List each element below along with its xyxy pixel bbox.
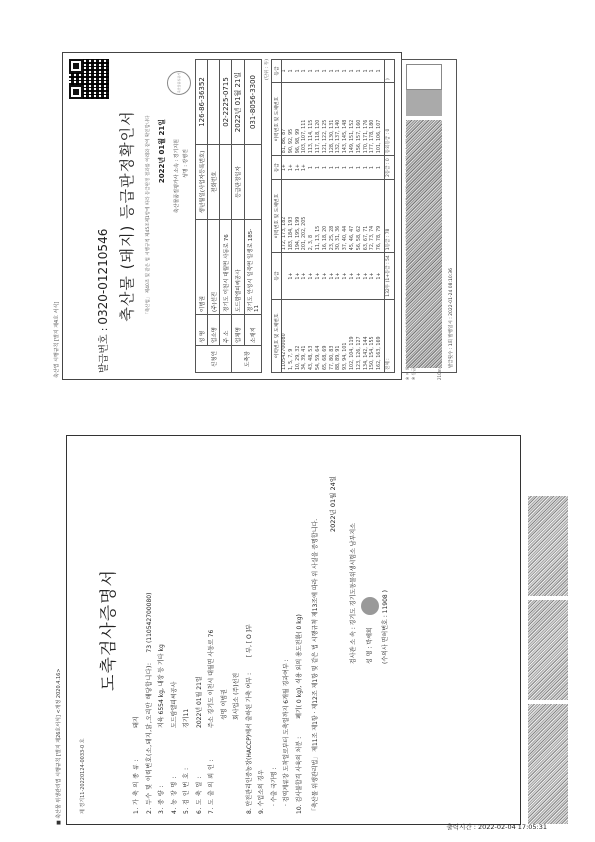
trace-number-cell: 45, 46, 47 [350, 180, 357, 253]
qr-code-icon [69, 59, 109, 99]
quarantine-check: · 검역계류장 도착일로부터 도축일까지 6개월 경과여부 : [281, 446, 294, 814]
info-label: 소재지 [245, 315, 262, 346]
table-row: 150, 154, 1551+72, 73, 741177, 178, 1801 [370, 60, 377, 373]
export-country: · 수출 국가명 : [269, 446, 282, 814]
info-value2: 126-86-36352 [196, 60, 208, 145]
info-group: 신청인 [196, 346, 232, 373]
trace-number-cell: 11, 13, 15 [316, 180, 323, 253]
grade-cell: 1+ [343, 253, 350, 300]
inspector-org: 검사관 소 속 : 경기도 경기도동물위생시험소 남부지소 [347, 446, 361, 814]
grade-cell: 1 [323, 156, 330, 180]
notice-text: 「축산법」 제40조 및 같은 법 시행규칙 제45조제1항에 따라 등급판정 … [145, 59, 151, 373]
gray-box [406, 90, 442, 116]
grade-cell: 1 [377, 60, 384, 83]
trace-number-cell: 172, 173, 182 [282, 180, 289, 253]
info-label2: 생년월일(사업자등록번호) [196, 145, 208, 220]
issue-number-value: 0320-01210546 [96, 229, 110, 325]
grade-certificate: 축산법 시행규칙 [별지 제4호 서식] 발급번호 : 0320-0121054… [52, 52, 537, 380]
barcode-icon [406, 120, 442, 368]
disposal-value: 폐기( 0 kg), 식용 외의 용도전환( 0 kg) [296, 614, 303, 719]
grade-cell: 1 [343, 156, 350, 180]
field-value: 73 (110542700080) [144, 593, 157, 653]
document-title: 도축검사증명서 [94, 446, 119, 814]
grade-cell: 1 [357, 156, 364, 180]
disposal-label: 10. 검사불합격 사육의 처분 : [296, 737, 303, 814]
issue-label: 발급번호 : [99, 328, 110, 373]
trace-number-cell: 117, 118, 120 [316, 83, 323, 156]
grade-cell: 1+ [289, 253, 296, 300]
grade-cell: 1+ [282, 156, 289, 180]
summary-row: 전체 :132두 (1+등급 : 541등급 : 782등급 : 0등외등급 :… [384, 60, 394, 373]
summary-cell: ) [384, 60, 394, 83]
trace-number-cell: 76, 78, 79 [377, 180, 384, 253]
trace-number-cell: 101, 106, 107 [377, 83, 384, 156]
summary-cell: 132두 (1+등급 : 54 [384, 253, 394, 300]
info-label2 [220, 145, 232, 220]
grade-cell: 1 [357, 60, 364, 83]
unit-label: (단위 : 두) [264, 59, 270, 373]
inspector-name: 성 명 : 박세희 [367, 627, 374, 664]
summary-cell: 등외등급 : 0 [384, 83, 394, 156]
trace-number-cell: 43, 48, 53 [309, 299, 316, 372]
field-row: 4. 농 장 명 :도드람엘피씨공사 [169, 446, 182, 814]
table-row: 1, 5, 7, 91+183, 184, 1931+90, 92, 951 [289, 60, 296, 373]
summary-cell: 2등급 : 0 [384, 156, 394, 180]
table-row: 162, 163, 1691+76, 78, 791101, 106, 1071 [377, 60, 384, 373]
requester-company: 회사업소 (주)선진 [231, 446, 244, 814]
trace-number-cell: 110542700080 [282, 299, 289, 372]
trace-number-cell: 102, 104, 119 [350, 299, 357, 372]
trace-number-cell: 149, 151, 152 [350, 83, 357, 156]
field-value: 돼지 [131, 716, 144, 728]
grade-cell: 1 [377, 156, 384, 180]
trace-number-cell: 162, 163, 169 [377, 299, 384, 372]
grader-affiliation: 축산물품질평가사 소속 : 경기지원 [173, 139, 180, 373]
security-pattern-icon [528, 496, 568, 596]
grade-certificate-frame: 발급번호 : 0320-01210546 축산물 (돼지) 등급판정확인서 「축… [62, 52, 402, 380]
info-value: 이범권 [196, 220, 208, 315]
table-row: 110542700080172, 173, 1821+81, 86, 871 [282, 60, 289, 373]
official-stamp-icon: 축산물품질평가원 [167, 71, 191, 95]
info-value: 경기도 안성시 일죽면 일생로 185-11 [245, 220, 262, 315]
table-row: 43, 48, 531+2, 3, 81113, 114, 1151 [309, 60, 316, 373]
haccp-row: 8. 안전관리인증농장(HACCP)에서 출하된 가축 여부 : [ 부, [ … [244, 446, 257, 814]
haccp-label: 8. 안전관리인증농장(HACCP)에서 출하된 가축 여부 : [246, 673, 253, 814]
info-group: 도축장 [232, 346, 262, 373]
law-header: 축산법 시행규칙 [별지 제4호 서식] [52, 52, 62, 380]
grade-cell: 1 [289, 60, 296, 83]
trace-number-cell: 143, 145, 148 [343, 83, 350, 156]
field-row: 2. 두수 및 이력번호(소,돼지,닭,오리만 해당합니다):73 (11054… [144, 446, 157, 814]
info-row: 업소명(주)선진전화번호 [208, 60, 220, 373]
seal-stamp-icon [361, 597, 379, 615]
requester-name: 성명 이범권 [219, 446, 232, 814]
trace-number-cell: 54, 59, 64 [316, 299, 323, 372]
security-pattern-icon [528, 600, 568, 700]
info-label2: 등급판정일자 [232, 145, 245, 220]
summary-cell: 1등급 : 78 [384, 180, 394, 253]
trace-number-cell: 90, 92, 95 [289, 83, 296, 156]
field-value: 지육 6554 kg, 내장 등 기타 kg [156, 644, 169, 728]
inspection-certificate-frame: 제 경기11-20220124-0033-0 호 도축검사증명서 1. 가 축 … [66, 435, 521, 825]
grade-cell: 1+ [357, 253, 364, 300]
field-value: 2022년 01월 21일 [194, 676, 207, 728]
grade-cell: 1+ [289, 156, 296, 180]
document-title: 축산물 (돼지) 등급판정확인서 [116, 59, 137, 373]
table-row: 102, 104, 1191+45, 46, 471149, 151, 1521 [350, 60, 357, 373]
trace-number-cell: 123, 126, 127 [357, 299, 364, 372]
applicant-info-table: 신청인성 명이범권생년월일(사업자등록번호)126-86-36352업소명(주)… [195, 59, 262, 373]
table-row: 10, 29, 321+194, 195, 1991+96, 98, 991 [296, 60, 303, 373]
field-label: 6. 도 축 일 : [194, 728, 207, 814]
table-row: 54, 59, 641+11, 13, 151117, 118, 1201 [316, 60, 323, 373]
info-value: 경기도 이천시 대월면 사동로 76 [220, 220, 232, 315]
trace-number-cell: 113, 114, 115 [309, 83, 316, 156]
import-label: 9. 수입소의 경우 [256, 446, 269, 814]
document-number: 제 경기11-20220124-0033-0 호 [79, 446, 86, 814]
info-label2 [245, 145, 262, 220]
trace-number-cell: 156, 157, 160 [357, 83, 364, 156]
trace-number-cell: 183, 184, 193 [289, 180, 296, 253]
grade-cell: 1 [316, 156, 323, 180]
info-row: 주 소경기도 이천시 대월면 사동로 7602-2225-0715 [220, 60, 232, 373]
field-label: 1. 가 축 의 종 류 : [131, 728, 144, 814]
info-value: (주)선진 [208, 220, 220, 315]
grade-cell: 1+ [350, 253, 357, 300]
grade-column-header: 이력번호 및 도체번호 [272, 299, 282, 372]
grade-cell: 1 [343, 60, 350, 83]
field-label: 4. 농 장 명 : [169, 728, 182, 814]
field-label: 2. 두수 및 이력번호(소,돼지,닭,오리만 해당합니다): [144, 663, 157, 814]
info-label: 업소명 [208, 315, 220, 346]
table-row: 88, 89, 911+30, 31, 361132, 137, 1401 [336, 60, 343, 373]
info-value: 도드람엘피씨공사 [232, 220, 245, 315]
grade-cell [282, 253, 289, 300]
field-row: 6. 도 축 일 :2022년 01월 21일 [194, 446, 207, 814]
table-row: 123, 126, 1271+56, 58, 621156, 157, 1601 [357, 60, 364, 373]
trace-number-cell: 81, 86, 87 [282, 83, 289, 156]
trace-number-cell: 121, 122, 125 [323, 83, 330, 156]
grade-column-header: 등급 [272, 60, 282, 83]
security-strips [528, 436, 568, 824]
grade-cell: 1 [350, 60, 357, 83]
grader-name: 성명 : 강병진 [182, 149, 189, 373]
field-label: 3. 중 량 : [156, 728, 169, 814]
grade-cell: 1 [323, 60, 330, 83]
grade-cell: 1 [350, 156, 357, 180]
print-time: 출력시간 : 2022-02-04 17:05:31 [447, 822, 547, 831]
table-row: 65, 68, 691+16, 18, 201121, 122, 1251 [323, 60, 330, 373]
info-label: 주 소 [220, 315, 232, 346]
table-row: 134, 142, 1441+63, 67, 711170, 171, 1761 [364, 60, 371, 373]
info-value2: 02-2225-0715 [220, 60, 232, 145]
issue-date: 2022년 01월 21일 [157, 119, 167, 373]
info-label: 성 명 [196, 315, 208, 346]
grade-cell: 1 [309, 156, 316, 180]
inspector-name-row: 성 명 : 박세희 [361, 446, 379, 814]
grade-column-header: 등급 [272, 253, 282, 300]
table-row: 77, 80, 831+23, 25, 281128, 130, 1311 [330, 60, 337, 373]
inspection-certificate: ■ 축산물 위생관리법 시행규칙 [별지 제26호서식] <개정 2020.4.… [52, 435, 562, 825]
certificate-date: 2022년 01월 24일 [328, 476, 337, 814]
law-header: ■ 축산물 위생관리법 시행규칙 [별지 제26호서식] <개정 2020.4.… [52, 435, 66, 825]
disposal-row: 10. 검사불합격 사육의 처분 : 폐기( 0 kg), 식용 외의 용도전환… [294, 446, 307, 814]
trace-number-cell: 2, 3, 8 [309, 180, 316, 253]
info-value2: 031-8056-3300 [245, 60, 262, 145]
info-value2 [208, 60, 220, 145]
trace-number-cell: 93, 94, 101 [343, 299, 350, 372]
table-row: 34, 39, 411+201, 202, 2051+103, 107, 111… [302, 60, 309, 373]
info-label2: 전화번호 [208, 145, 220, 220]
grade-column-header: 등급 [272, 156, 282, 180]
grade-cell: 1+ [377, 253, 384, 300]
security-pattern-icon [528, 704, 568, 824]
field-row: 5. 검 인 번 호 :경기11 [181, 446, 194, 814]
info-value2: 2022년 01월 21일 [232, 60, 245, 145]
grade-cell: 1+ [316, 253, 323, 300]
info-row: 도축장업체명도드람엘피씨공사등급판정일자2022년 01월 21일 [232, 60, 245, 373]
field-row: 1. 가 축 의 종 류 :돼지 [131, 446, 144, 814]
grade-cell: 1+ [323, 253, 330, 300]
grade-cell: 1 [309, 60, 316, 83]
field-label: 7. 도 출 의 뢰 인 : [206, 728, 219, 814]
verification-box: 발급횟수 : 1회 발행일시 : 2022-01-24 08:10:36 [401, 59, 457, 373]
info-label: 업체명 [232, 315, 245, 346]
blank-box [406, 64, 442, 90]
info-row: 소재지경기도 안성시 일죽면 일생로 185-11031-8056-3300 [245, 60, 262, 373]
grade-column-header: 이력번호 및 도체번호 [272, 83, 282, 156]
grade-cell: 1+ [309, 253, 316, 300]
trace-number-cell: 16, 18, 20 [323, 180, 330, 253]
vet-license: (수의사 면허번호 : 11908 ) [379, 446, 393, 814]
trace-number-cell: 65, 68, 69 [323, 299, 330, 372]
issue-number: 발급번호 : 0320-01210546 [95, 59, 110, 373]
field-row: 7. 도 출 의 뢰 인 :주소 경기도 이천시 대월면 사동로 76 [206, 446, 219, 814]
haccp-value: [ 부, [ O ]부 [246, 624, 253, 657]
grade-table: 이력번호 및 도체번호등급이력번호 및 도체번호등급이력번호 및 도체번호등급 … [271, 59, 395, 373]
summary-cell: 전체 : [384, 299, 394, 372]
grade-cell: 1 [316, 60, 323, 83]
field-value: 도드람엘피씨공사 [169, 682, 182, 728]
grade-cell: 1 [282, 60, 289, 83]
grade-column-header: 이력번호 및 도체번호 [272, 180, 282, 253]
field-value: 경기11 [181, 709, 194, 728]
trace-number-cell: 1, 5, 7, 9 [289, 299, 296, 372]
print-info: 발급횟수 : 1회 발행일시 : 2022-01-24 08:10:36 [448, 268, 454, 368]
trace-number-cell: 56, 58, 62 [357, 180, 364, 253]
field-label: 5. 검 인 번 호 : [181, 728, 194, 814]
field-value: 주소 경기도 이천시 대월면 사동로 76 [206, 630, 219, 728]
declaration: 「축산물 위생관리법」 제11조 제1항 · 제12조 제1항 및 같은 법 시… [310, 446, 322, 814]
table-row: 93, 94, 1011+37, 40, 441143, 145, 1481 [343, 60, 350, 373]
info-row: 신청인성 명이범권생년월일(사업자등록번호)126-86-36352 [196, 60, 208, 373]
field-row: 3. 중 량 :지육 6554 kg, 내장 등 기타 kg [156, 446, 169, 814]
trace-number-cell: 37, 40, 44 [343, 180, 350, 253]
